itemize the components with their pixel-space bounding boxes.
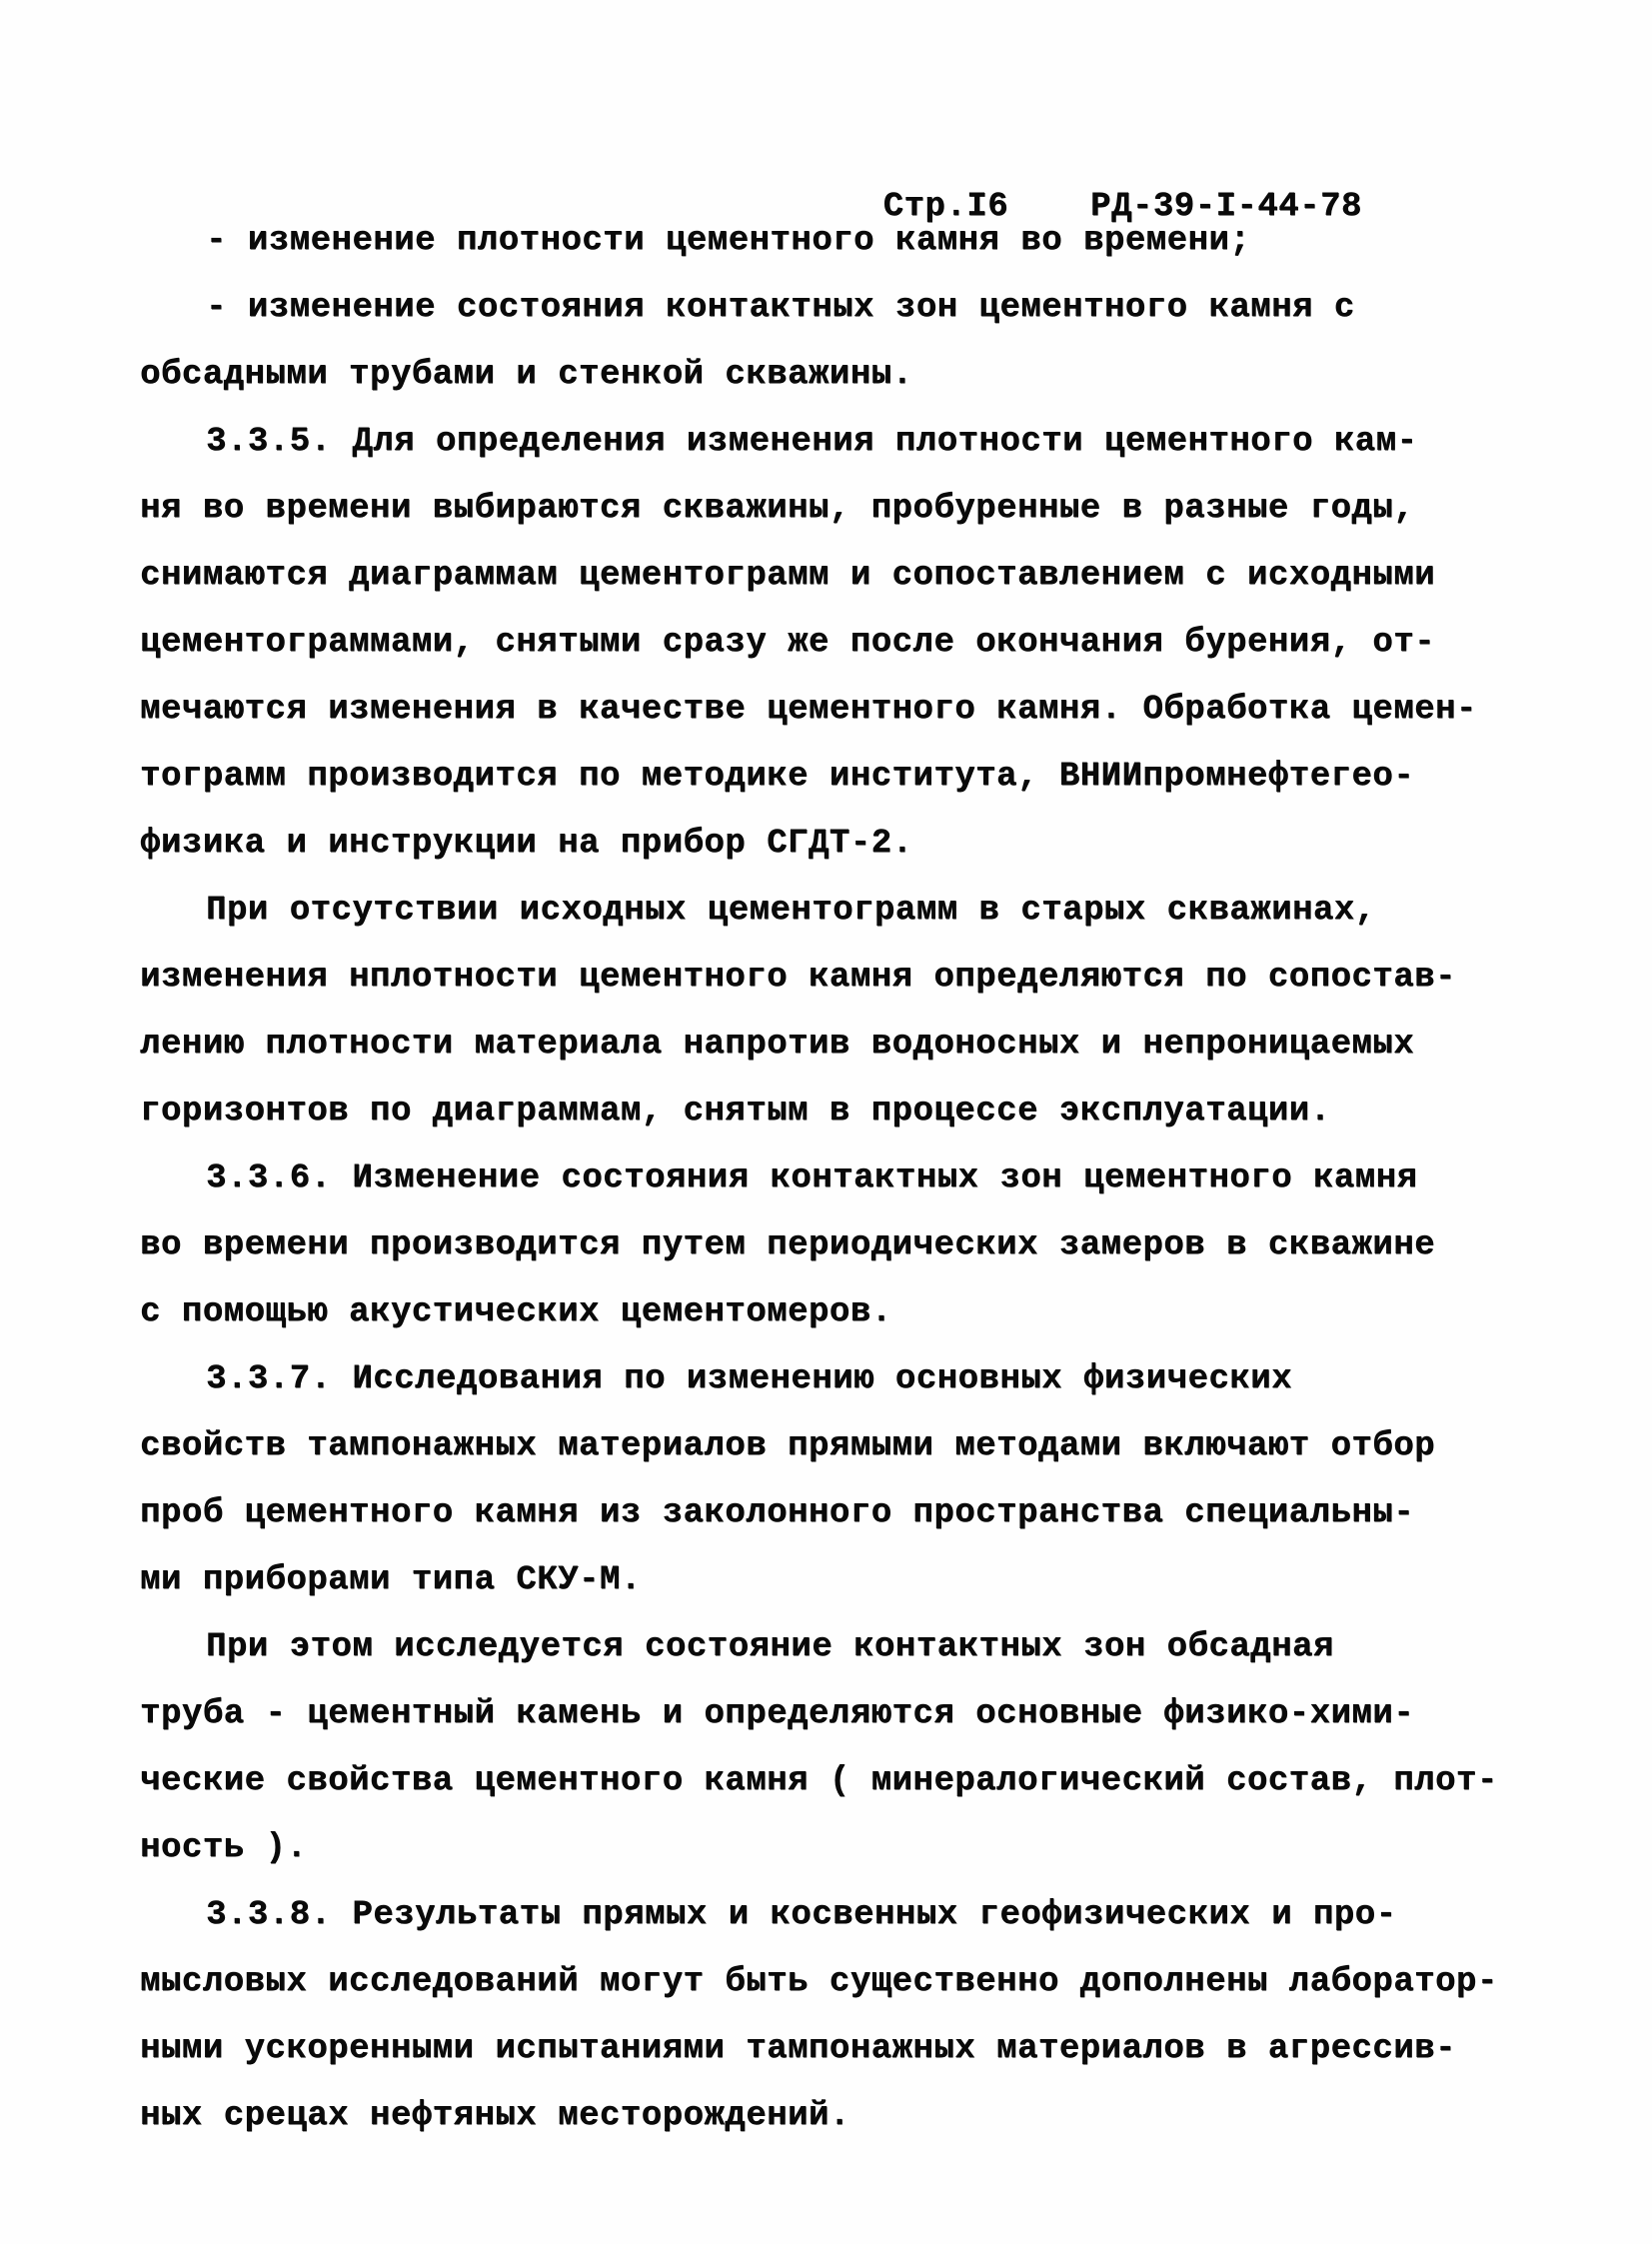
scanned-document-page: Стр.I6РД-39-I-44-78 - изменение плотност… bbox=[0, 0, 1652, 2244]
text-line: горизонтов по диаграммам, снятым в проце… bbox=[140, 1079, 1539, 1145]
text-line: мысловых исследований могут быть существ… bbox=[140, 1949, 1539, 2016]
text-line: При отсутствии исходных цементограмм в с… bbox=[140, 878, 1539, 945]
text-line: 3.3.7. Исследования по изменению основны… bbox=[140, 1346, 1539, 1413]
text-line: свойств тампонажных материалов прямыми м… bbox=[140, 1413, 1539, 1480]
text-line: 3.3.6. Изменение состояния контактных зо… bbox=[140, 1145, 1539, 1212]
document-lines: - изменение плотности цементного камня в… bbox=[140, 208, 1539, 2150]
text-line: изменения нплотности цементного камня оп… bbox=[140, 945, 1539, 1012]
text-line: ными ускоренными испытаниями тампонажных… bbox=[140, 2016, 1539, 2083]
text-line: - изменение состояния контактных зон цем… bbox=[140, 275, 1539, 342]
text-line: мечаются изменения в качестве цементного… bbox=[140, 677, 1539, 744]
text-line: тограмм производится по методике институ… bbox=[140, 744, 1539, 811]
text-line: во времени производится путем периодичес… bbox=[140, 1212, 1539, 1279]
text-line: ность ). bbox=[140, 1815, 1539, 1882]
text-line: труба - цементный камень и определяются … bbox=[140, 1681, 1539, 1748]
text-line: проб цементного камня из заколонного про… bbox=[140, 1480, 1539, 1547]
text-line: лению плотности материала напротив водон… bbox=[140, 1012, 1539, 1079]
text-line: При этом исследуется состояние контактны… bbox=[140, 1614, 1539, 1681]
text-line: 3.3.8. Результаты прямых и косвенных гео… bbox=[140, 1882, 1539, 1949]
text-line: цементограммами, снятыми сразу же после … bbox=[140, 610, 1539, 677]
text-line: с помощью акустических цементомеров. bbox=[140, 1279, 1539, 1346]
text-line: 3.3.5. Для определения изменения плотнос… bbox=[140, 409, 1539, 476]
text-line: ня во времени выбираются скважины, пробу… bbox=[140, 476, 1539, 543]
text-line: - изменение плотности цементного камня в… bbox=[140, 208, 1539, 275]
text-line: ми приборами типа СКУ-М. bbox=[140, 1547, 1539, 1614]
text-line: ных срецах нефтяных месторождений. bbox=[140, 2083, 1539, 2150]
text-line: обсадными трубами и стенкой скважины. bbox=[140, 342, 1539, 409]
text-line: физика и инструкции на прибор СГДТ-2. bbox=[140, 811, 1539, 878]
text-line: ческие свойства цементного камня ( минер… bbox=[140, 1748, 1539, 1815]
text-line: снимаются диаграммам цементограмм и сопо… bbox=[140, 543, 1539, 610]
